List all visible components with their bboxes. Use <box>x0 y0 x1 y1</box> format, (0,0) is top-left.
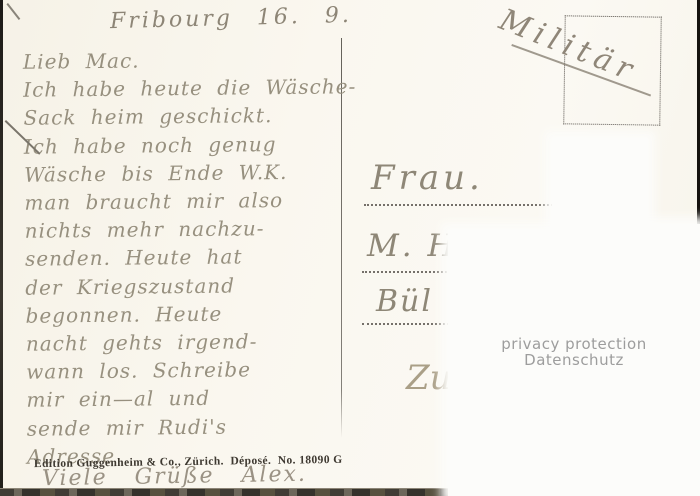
postcard-scan: Fribourg 16. 9. Lieb Mac. Ich habe heute… <box>0 0 700 496</box>
message-line: der Kriegszustand <box>25 270 355 302</box>
message-line: Sack heim geschickt. <box>23 101 353 133</box>
scan-edge-left <box>0 0 3 496</box>
message-line: man braucht mir also <box>24 185 354 217</box>
address-dotted-line-1 <box>364 204 557 206</box>
address-line-3: Bül <box>376 284 433 319</box>
address-line-4-fragment: Zu <box>406 358 452 398</box>
scan-edge-bottom <box>0 488 452 496</box>
privacy-watermark: privacy protection Datenschutz <box>448 337 700 368</box>
pencil-mark <box>7 3 20 20</box>
message-line: Wäsche bis Ende W.K. <box>24 157 354 189</box>
message-line: senden. Heute hat <box>25 242 355 274</box>
privacy-watermark-line2: Datenschutz <box>448 353 700 369</box>
message-line: wann los. Schreibe <box>26 355 356 387</box>
dateline: Fribourg 16. 9. <box>110 2 353 37</box>
scan-edge-right <box>697 0 700 226</box>
address-dotted-line-2 <box>362 271 451 273</box>
address-line-2: M. H <box>367 228 457 264</box>
address-line-1: Frau. <box>371 158 484 198</box>
message-line: mir ein—al und <box>26 383 356 415</box>
message-line: sende mir Rudi's <box>27 411 357 443</box>
privacy-blank-area <box>552 138 648 496</box>
message-line: Ich habe noch genug <box>24 129 354 161</box>
message-line: nacht gehts irgend- <box>26 326 356 358</box>
message-line: Ich habe heute die Wäsche- <box>23 72 353 104</box>
message-line: Lieb Mac. <box>23 44 353 76</box>
message-line: begonnen. Heute <box>25 298 355 330</box>
address-dotted-line-3 <box>362 323 453 325</box>
message-body: Lieb Mac. Ich habe heute die Wäsche- Sac… <box>23 44 357 470</box>
message-line: nichts mehr nachzu- <box>25 213 355 245</box>
